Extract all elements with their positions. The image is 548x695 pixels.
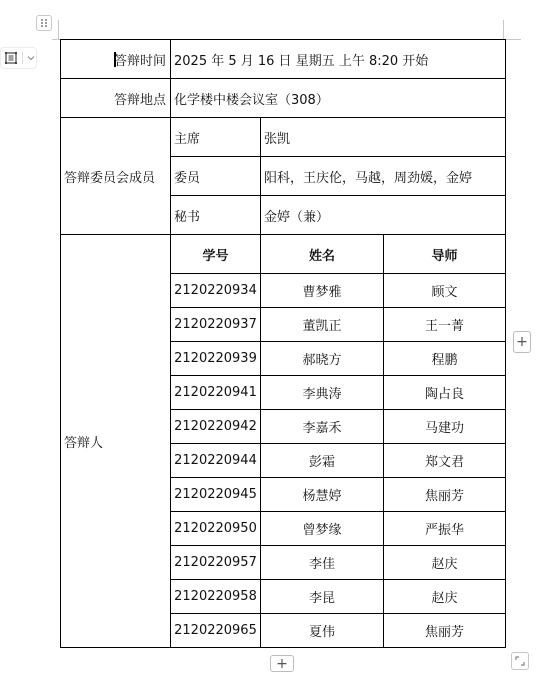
divider [22, 52, 23, 64]
student-name-cell[interactable]: 彭霜 [261, 444, 384, 478]
table-corner-guide [58, 20, 59, 39]
header-advisor[interactable]: 导师 [384, 235, 506, 274]
plus-icon: + [516, 334, 528, 350]
committee-label-cell[interactable]: 答辩委员会成员 [61, 118, 171, 235]
table-row-time: 答辩时间 2025 年 5 月 16 日 星期五 上午 8:20 开始 [61, 40, 506, 79]
student-name-cell[interactable]: 李典涛 [261, 376, 384, 410]
student-name-cell[interactable]: 曾梦缘 [261, 512, 384, 546]
time-value: 2025 年 5 月 16 日 星期五 上午 8:20 开始 [174, 54, 428, 69]
advisor-cell[interactable]: 焦丽芳 [384, 614, 506, 648]
table-row-committee: 答辩委员会成员 主席 张凯 [61, 118, 506, 157]
committee-members: 阳科，王庆伦，马越，周劲媛，金婷 [264, 171, 472, 186]
place-label: 答辩地点 [114, 93, 166, 108]
student-id-cell[interactable]: 2120220957 [171, 546, 261, 580]
student-id-cell[interactable]: 2120220958 [171, 580, 261, 614]
student-name-cell[interactable]: 郝晓方 [261, 342, 384, 376]
student-id-cell[interactable]: 2120220942 [171, 410, 261, 444]
place-value: 化学楼中楼会议室（308） [174, 93, 329, 108]
committee-members: 金婷（兼） [264, 210, 329, 225]
table-align-icon [4, 51, 18, 65]
student-name-cell[interactable]: 李昆 [261, 580, 384, 614]
resize-corner-icon [515, 656, 525, 666]
advisor-cell[interactable]: 马建功 [384, 410, 506, 444]
plus-icon: + [276, 656, 288, 672]
student-name-cell[interactable]: 杨慧婷 [261, 478, 384, 512]
advisor-cell[interactable]: 郑文君 [384, 444, 506, 478]
committee-role-cell[interactable]: 秘书 [171, 196, 261, 235]
student-id-cell[interactable]: 2120220944 [171, 444, 261, 478]
advisor-cell[interactable]: 赵庆 [384, 580, 506, 614]
chevron-down-icon[interactable] [27, 55, 35, 61]
student-name-cell[interactable]: 董凯正 [261, 308, 384, 342]
advisor-cell[interactable]: 王一菁 [384, 308, 506, 342]
header-student-id[interactable]: 学号 [171, 235, 261, 274]
student-name-cell[interactable]: 李佳 [261, 546, 384, 580]
header-label: 姓名 [309, 249, 335, 264]
table-resize-handle[interactable] [511, 652, 529, 670]
advisor-cell[interactable]: 严振华 [384, 512, 506, 546]
committee-members-cell[interactable]: 金婷（兼） [261, 196, 506, 235]
committee-role-cell[interactable]: 委员 [171, 157, 261, 196]
defendants-label-cell[interactable]: 答辩人 [61, 235, 171, 648]
committee-label: 答辩委员会成员 [64, 171, 155, 186]
table-row-place: 答辩地点 化学楼中楼会议室（308） [61, 79, 506, 118]
student-name-cell[interactable]: 曹梦雅 [261, 274, 384, 308]
header-label: 学号 [202, 249, 228, 264]
defendants-label: 答辩人 [64, 436, 103, 451]
time-label-cell[interactable]: 答辩时间 [61, 40, 171, 79]
advisor-cell[interactable]: 程鹏 [384, 342, 506, 376]
committee-role-cell[interactable]: 主席 [171, 118, 261, 157]
table-align-button[interactable] [0, 47, 37, 69]
student-id-cell[interactable]: 2120220950 [171, 512, 261, 546]
student-id-cell[interactable]: 2120220965 [171, 614, 261, 648]
student-id-cell[interactable]: 2120220934 [171, 274, 261, 308]
header-name[interactable]: 姓名 [261, 235, 384, 274]
committee-members-cell[interactable]: 张凯 [261, 118, 506, 157]
table-header-row: 答辩人 学号 姓名 导师 [61, 235, 506, 274]
add-row-button[interactable]: + [270, 655, 294, 672]
place-label-cell[interactable]: 答辩地点 [61, 79, 171, 118]
table-corner-guide [52, 39, 60, 40]
committee-role: 秘书 [174, 210, 200, 225]
committee-members: 张凯 [264, 132, 290, 147]
time-value-cell[interactable]: 2025 年 5 月 16 日 星期五 上午 8:20 开始 [171, 40, 506, 79]
grip-dots-icon [40, 18, 48, 28]
advisor-cell[interactable]: 陶占良 [384, 376, 506, 410]
table-corner-guide [503, 20, 504, 39]
committee-role: 委员 [174, 171, 200, 186]
student-name-cell[interactable]: 夏伟 [261, 614, 384, 648]
add-column-button[interactable]: + [513, 331, 531, 353]
student-name-cell[interactable]: 李嘉禾 [261, 410, 384, 444]
student-id-cell[interactable]: 2120220945 [171, 478, 261, 512]
header-label: 导师 [431, 249, 457, 264]
time-label: 答辩时间 [114, 54, 166, 69]
advisor-cell[interactable]: 赵庆 [384, 546, 506, 580]
advisor-cell[interactable]: 顾文 [384, 274, 506, 308]
student-id-cell[interactable]: 2120220939 [171, 342, 261, 376]
table-drag-handle[interactable] [36, 15, 52, 31]
student-id-cell[interactable]: 2120220937 [171, 308, 261, 342]
committee-members-cell[interactable]: 阳科，王庆伦，马越，周劲媛，金婷 [261, 157, 506, 196]
place-value-cell[interactable]: 化学楼中楼会议室（308） [171, 79, 506, 118]
advisor-cell[interactable]: 焦丽芳 [384, 478, 506, 512]
defense-schedule-table: 答辩时间 2025 年 5 月 16 日 星期五 上午 8:20 开始 答辩地点… [60, 39, 506, 648]
table-corner-guide [505, 39, 521, 40]
student-id-cell[interactable]: 2120220941 [171, 376, 261, 410]
committee-role: 主席 [174, 132, 200, 147]
